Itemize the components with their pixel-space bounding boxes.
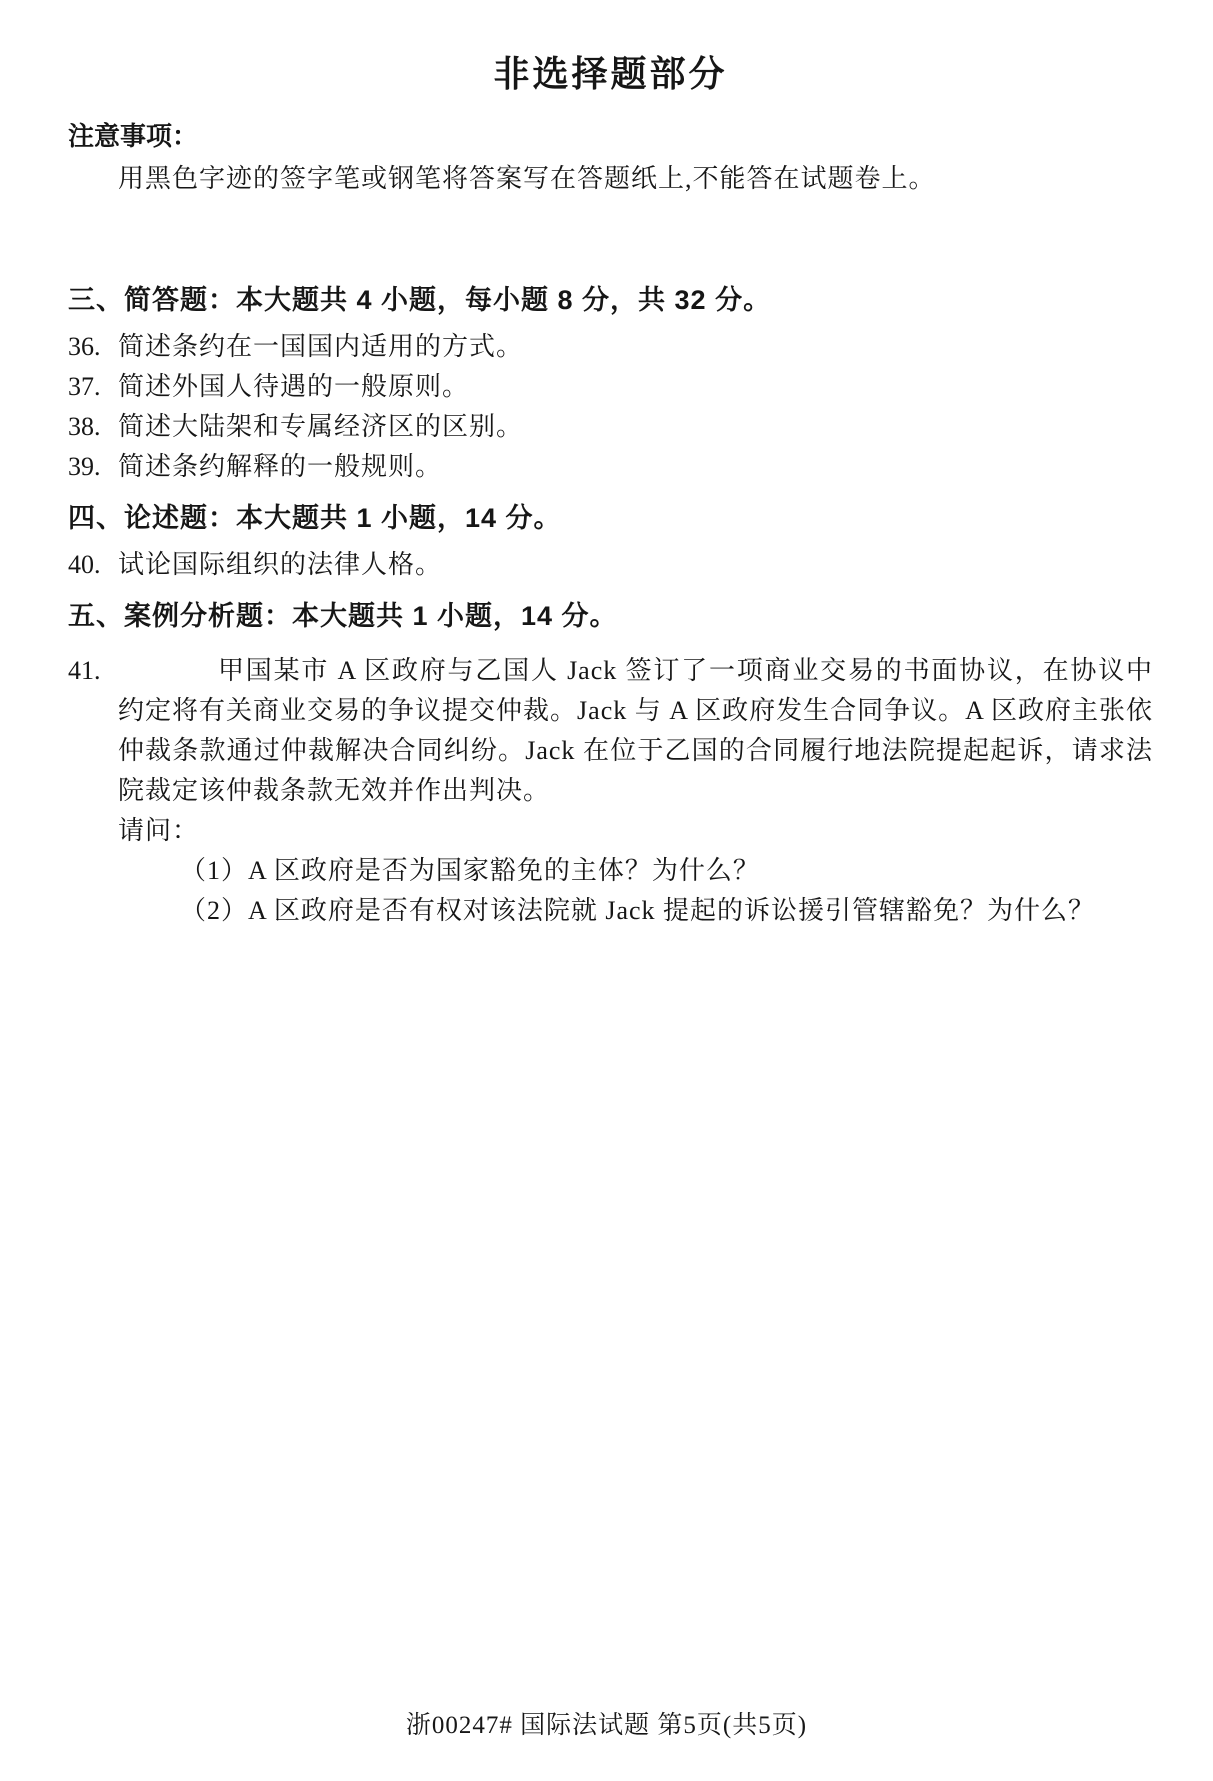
question-number: 38. bbox=[68, 407, 118, 447]
case-prompt: 请问： bbox=[118, 811, 1153, 851]
question-39: 39. 简述条约解释的一般规则。 bbox=[68, 447, 1153, 487]
question-text: 试论国际组织的法律人格。 bbox=[118, 550, 442, 579]
question-text: 简述条约解释的一般规则。 bbox=[118, 452, 442, 481]
notes-heading: 注意事项： bbox=[68, 119, 1153, 153]
question-number: 39. bbox=[68, 447, 118, 487]
question-40: 40. 试论国际组织的法律人格。 bbox=[68, 545, 1153, 585]
section-heading: 五、案例分析题：本大题共 1 小题，14 分。 bbox=[68, 595, 1153, 637]
question-text: 简述外国人待遇的一般原则。 bbox=[118, 372, 469, 401]
exam-page: 非选择题部分 注意事项： 用黑色字迹的签字笔或钢笔将答案写在答题纸上,不能答在试… bbox=[0, 0, 1213, 1781]
question-text: 简述大陆架和专属经济区的区别。 bbox=[118, 412, 523, 441]
question-number: 40. bbox=[68, 545, 118, 585]
question-number: 36. bbox=[68, 327, 118, 367]
question-38: 38. 简述大陆架和专属经济区的区别。 bbox=[68, 407, 1153, 447]
page-footer: 浙00247# 国际法试题 第5页(共5页) bbox=[0, 1705, 1213, 1741]
section-short-answer: 三、简答题：本大题共 4 小题，每小题 8 分，共 32 分。 36. 简述条约… bbox=[68, 279, 1153, 487]
question-number: 41. bbox=[68, 651, 118, 691]
notes-section: 注意事项： 用黑色字迹的签字笔或钢笔将答案写在答题纸上,不能答在试题卷上。 bbox=[68, 119, 1153, 197]
section-essay: 四、论述题：本大题共 1 小题，14 分。 40. 试论国际组织的法律人格。 bbox=[68, 497, 1153, 585]
page-title: 非选择题部分 bbox=[68, 46, 1153, 97]
case-subquestion-1: （1）A 区政府是否为国家豁免的主体？为什么？ bbox=[118, 851, 1153, 891]
case-paragraph: 甲国某市 A 区政府与乙国人 Jack 签订了一项商业交易的书面协议，在协议中约… bbox=[118, 651, 1153, 811]
question-number: 37. bbox=[68, 367, 118, 407]
question-41: 41. 甲国某市 A 区政府与乙国人 Jack 签订了一项商业交易的书面协议，在… bbox=[68, 651, 1153, 931]
question-list: 36. 简述条约在一国国内适用的方式。 37. 简述外国人待遇的一般原则。 38… bbox=[68, 327, 1153, 487]
notes-body: 用黑色字迹的签字笔或钢笔将答案写在答题纸上,不能答在试题卷上。 bbox=[68, 161, 1153, 197]
question-37: 37. 简述外国人待遇的一般原则。 bbox=[68, 367, 1153, 407]
case-subquestion-2: （2）A 区政府是否有权对该法院就 Jack 提起的诉讼援引管辖豁免？为什么？ bbox=[118, 891, 1153, 931]
question-text: 简述条约在一国国内适用的方式。 bbox=[118, 332, 523, 361]
section-heading: 三、简答题：本大题共 4 小题，每小题 8 分，共 32 分。 bbox=[68, 279, 1153, 321]
question-list: 40. 试论国际组织的法律人格。 bbox=[68, 545, 1153, 585]
question-36: 36. 简述条约在一国国内适用的方式。 bbox=[68, 327, 1153, 367]
section-heading: 四、论述题：本大题共 1 小题，14 分。 bbox=[68, 497, 1153, 539]
section-case-analysis: 五、案例分析题：本大题共 1 小题，14 分。 41. 甲国某市 A 区政府与乙… bbox=[68, 595, 1153, 931]
